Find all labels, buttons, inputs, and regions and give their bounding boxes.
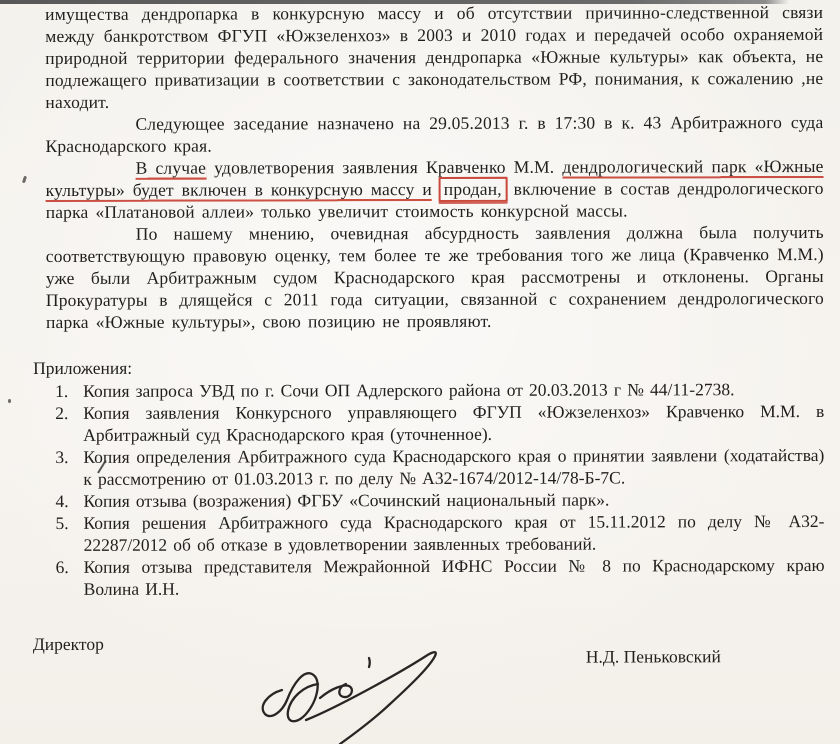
signatory-title: Директор: [33, 634, 104, 655]
attachment-item: Копия определения Арбитражного суда Крас…: [46, 444, 824, 490]
document-body: имущества дендропарка в конкурсную массу…: [45, 1, 824, 333]
attachments-heading: Приложения:: [33, 355, 824, 379]
attachment-item: Копия запроса УВД по г. Сочи ОП Адлерско…: [46, 378, 824, 402]
attachment-item: Копия отзыва представителя Межрайонной И…: [47, 554, 825, 600]
document-page: имущества дендропарка в конкурсную массу…: [45, 1, 825, 669]
ink-speck: [22, 176, 27, 184]
red-pen-box-annotation: продан,: [439, 177, 508, 202]
attachment-item: Копия заявления Конкурсного управляющего…: [46, 400, 824, 446]
handwritten-signature-icon: [248, 622, 458, 744]
paragraph-text: По нашему мнению, очевидная абсурдность …: [46, 222, 824, 332]
paragraph-2: Следующее заседание назначено на 29.05.2…: [45, 111, 823, 157]
ink-speck: [8, 399, 11, 403]
paragraph-3: В случае удовлетворения заявления Кравче…: [46, 155, 824, 223]
paragraph-text: имущества дендропарка в конкурсную массу…: [45, 2, 823, 112]
attachments-list: Копия запроса УВД по г. Сочи ОП Адлерско…: [46, 378, 825, 600]
paragraph-1: имущества дендропарка в конкурсную массу…: [45, 1, 823, 113]
paragraph-text: Следующее заседание назначено на 29.05.2…: [45, 112, 823, 156]
signatory-name: Н.Д. Пеньковский: [586, 646, 721, 667]
paragraph-4: По нашему мнению, очевидная абсурдность …: [46, 221, 824, 333]
attachment-item: Копия решения Арбитражного суда Краснода…: [46, 510, 824, 556]
attachment-item: Копия отзыва (возражения) ФГБУ «Сочински…: [46, 488, 824, 512]
red-pen-underline-annotation: В случае: [136, 158, 207, 178]
paragraph-text: удовлетворения заявления Кравченко М.М.: [206, 157, 562, 178]
